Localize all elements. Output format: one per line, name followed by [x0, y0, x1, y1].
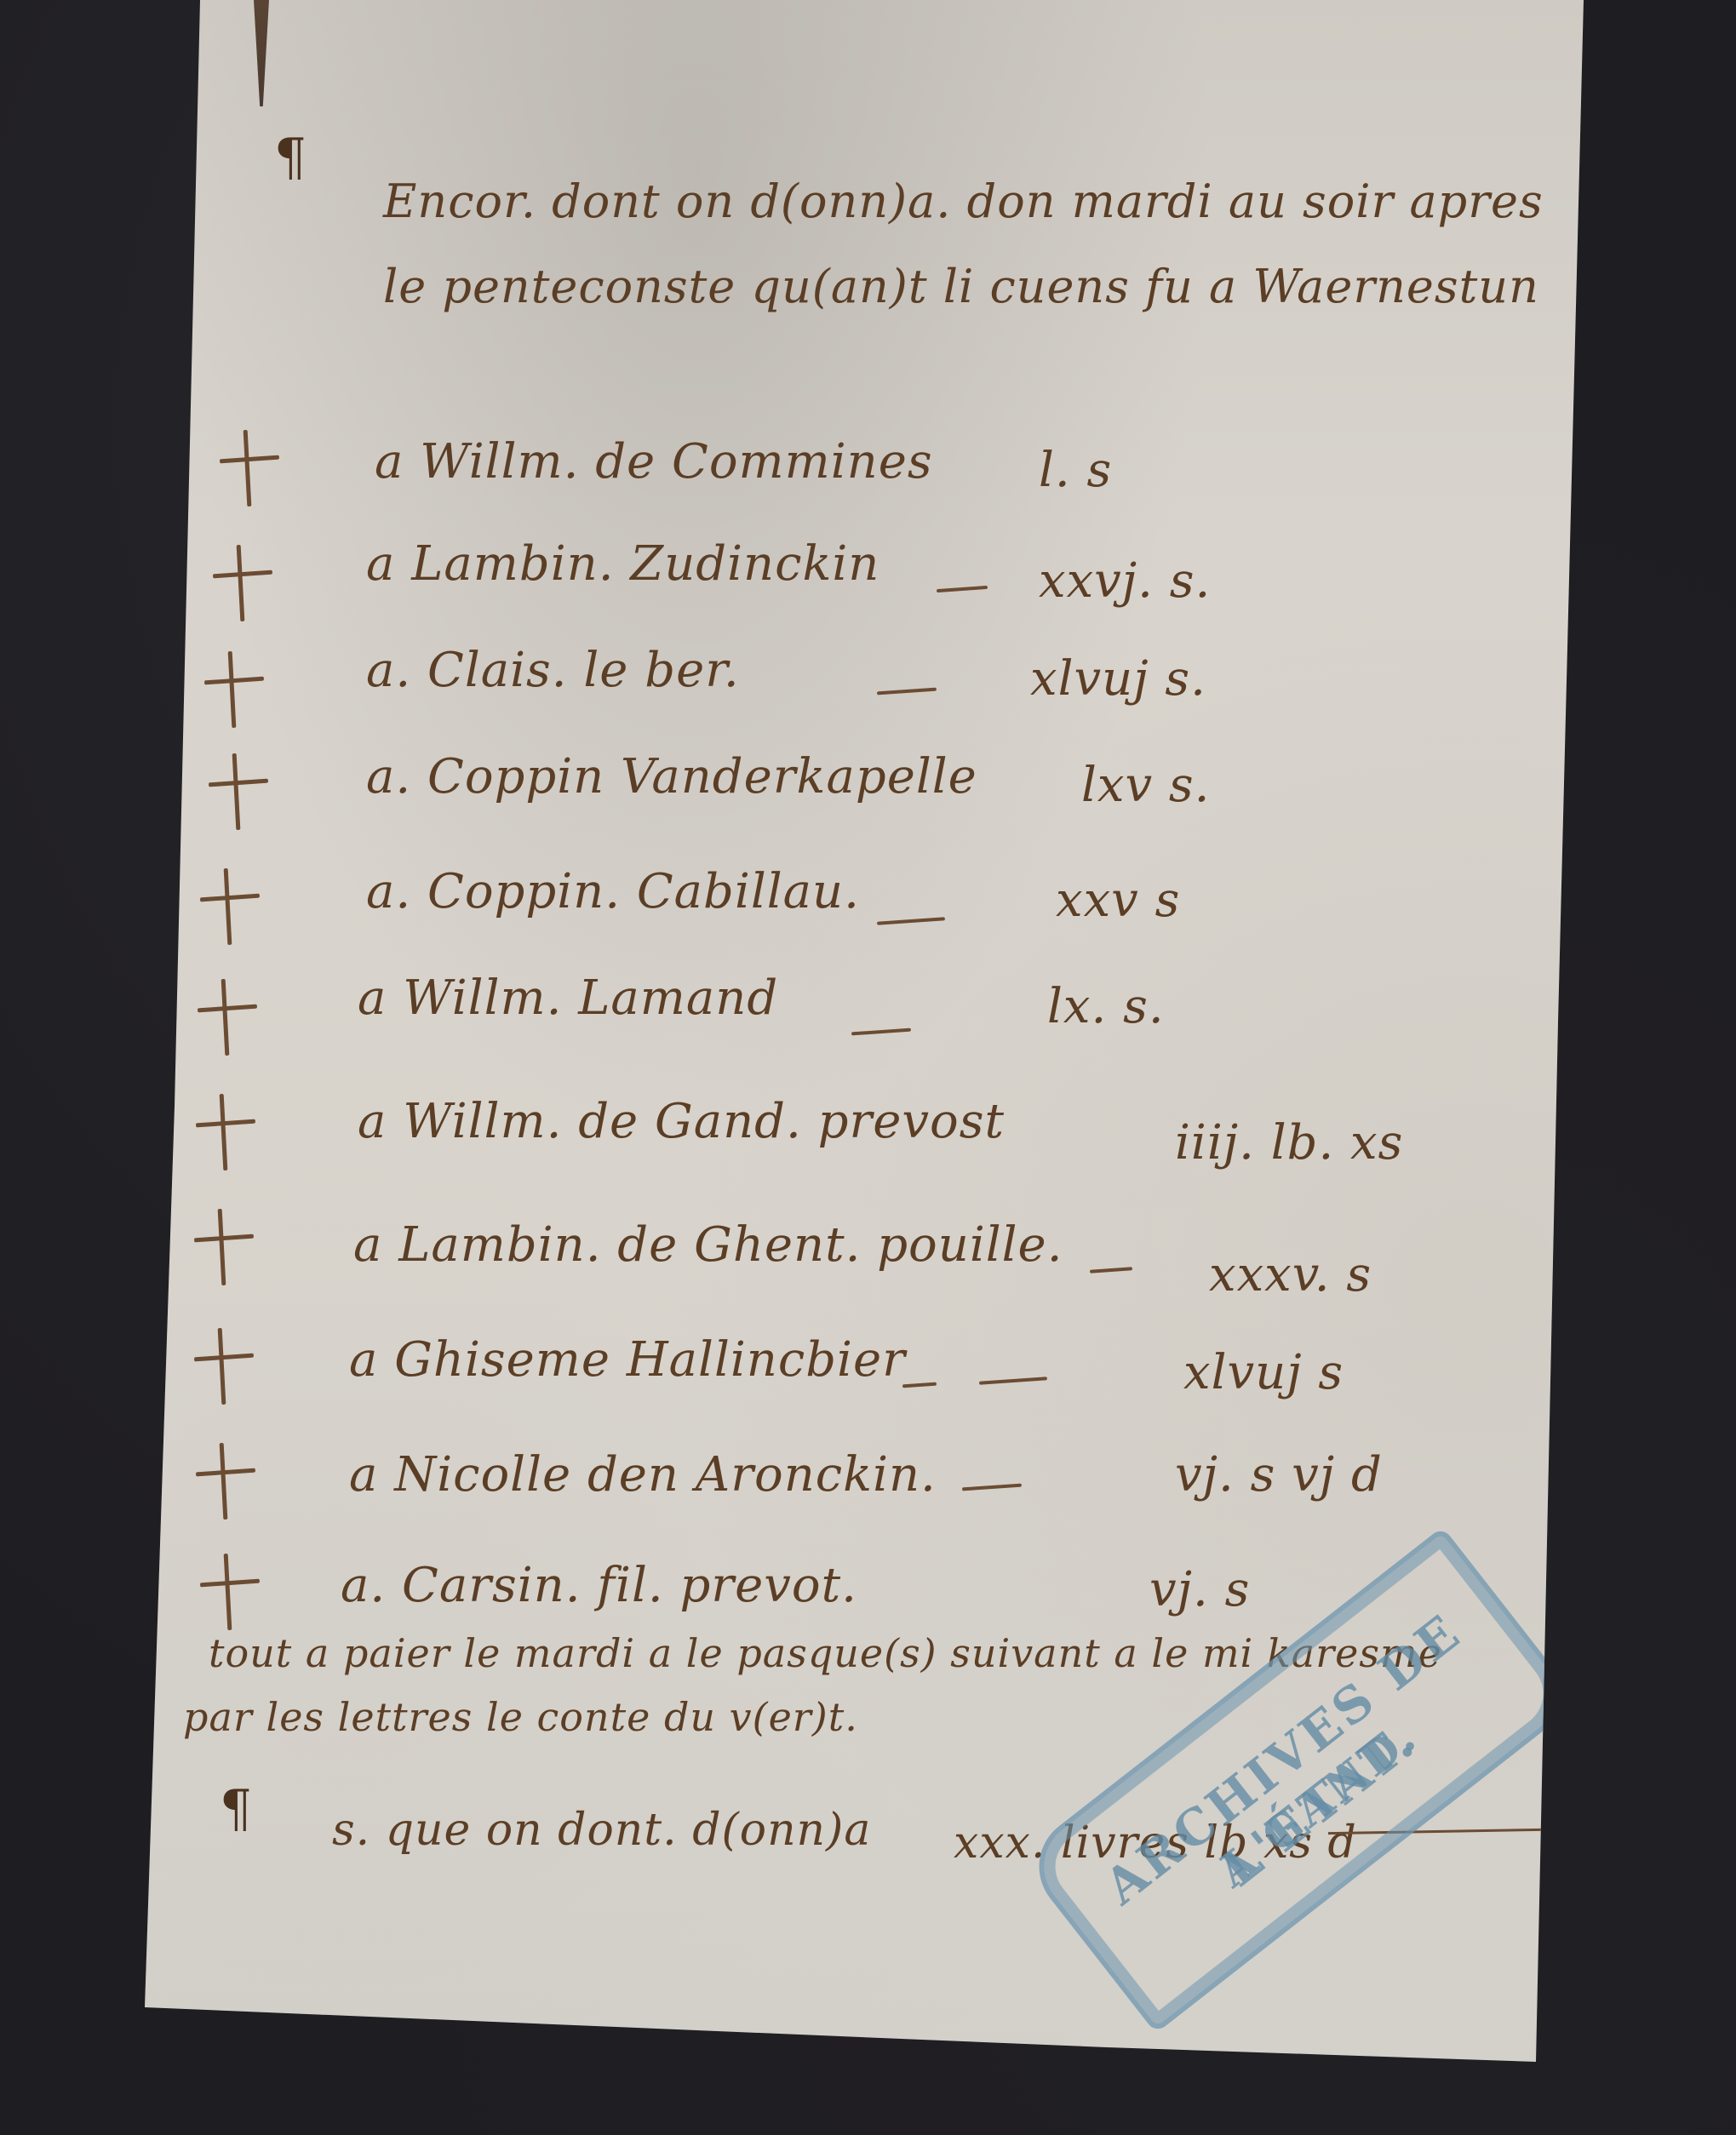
- entry-name: a Lambin. Zudinckin: [366, 536, 879, 592]
- entry-amount: xxxv. s: [1209, 1247, 1372, 1302]
- cross-mark-icon: [196, 1443, 255, 1520]
- heading-line-2: le penteconste qu(an)t li cuens fu a Wae…: [383, 260, 1539, 313]
- entry-amount: xlvuj s: [1183, 1345, 1344, 1400]
- cross-mark-icon: [196, 1094, 255, 1171]
- filler-dash: [877, 917, 945, 925]
- entry-name: a Willm. de Commines: [375, 434, 933, 489]
- entry-name: a Willm. de Gand. prevost: [358, 1094, 1005, 1149]
- entry-name: a Willm. Lamand: [358, 970, 778, 1026]
- entry-name: a Ghiseme Hallincbier: [349, 1332, 906, 1388]
- entry-name: a Lambin. de Ghent. pouille.: [353, 1217, 1063, 1273]
- paragraph-mark-icon: ¶: [220, 1779, 252, 1839]
- entry-amount: vj. s: [1149, 1562, 1250, 1617]
- entry-amount: iiij. lb. xs: [1175, 1115, 1403, 1171]
- cross-mark-icon: [204, 651, 264, 728]
- entry-amount: vj. s vj d: [1175, 1447, 1383, 1503]
- filler-dash: [1090, 1267, 1132, 1273]
- heading-line-1: Encor. dont on d(onn)a. don mardi au soi…: [383, 175, 1544, 228]
- cross-mark-icon: [213, 545, 272, 621]
- note-line-1: tout a paier le mardi a le pasque(s) sui…: [209, 1630, 1442, 1676]
- entry-amount: xlvuj s.: [1030, 651, 1206, 707]
- entry-amount: xxvj. s.: [1039, 553, 1211, 609]
- entry-name: a. Coppin Vanderkapelle: [366, 749, 977, 804]
- filler-dash: [937, 586, 988, 592]
- entry-name: a. Coppin. Cabillau.: [366, 864, 860, 919]
- cross-mark-icon: [209, 753, 268, 830]
- filler-dash: [877, 688, 937, 695]
- note-line-2: par les lettres le conte du v(er)t.: [183, 1694, 858, 1740]
- cross-mark-icon: [194, 1328, 254, 1405]
- entry-amount: lxv s.: [1081, 758, 1210, 813]
- paragraph-mark-icon: ¶: [274, 128, 307, 187]
- filler-dash: [962, 1484, 1022, 1491]
- entry-name: a. Carsin. fil. prevot.: [341, 1558, 857, 1613]
- filler-dash: [979, 1377, 1047, 1385]
- entry-amount: xxv s: [1056, 873, 1180, 928]
- cross-mark-icon: [220, 430, 279, 507]
- entry-name: a. Clais. le ber.: [366, 643, 740, 698]
- cross-mark-icon: [198, 979, 257, 1056]
- filler-dash: [851, 1028, 911, 1036]
- filler-dash: [902, 1382, 937, 1388]
- footer-line: s. que on dont. d(onn)a: [332, 1805, 871, 1856]
- archive-stamp: ARCHIVES DE L'ÉTAT. A GAND.: [1018, 1526, 1579, 2034]
- entry-amount: l. s: [1039, 443, 1112, 498]
- cross-mark-icon: [194, 1209, 254, 1285]
- entry-amount: lx. s.: [1047, 979, 1165, 1034]
- ink-smudge-mark: [254, 0, 269, 106]
- entry-name: a Nicolle den Aronckin.: [349, 1447, 937, 1503]
- manuscript-page: ¶ Encor. dont on d(onn)a. don mardi au s…: [0, 0, 1736, 2135]
- cross-mark-icon: [200, 868, 260, 945]
- cross-mark-icon: [200, 1554, 260, 1630]
